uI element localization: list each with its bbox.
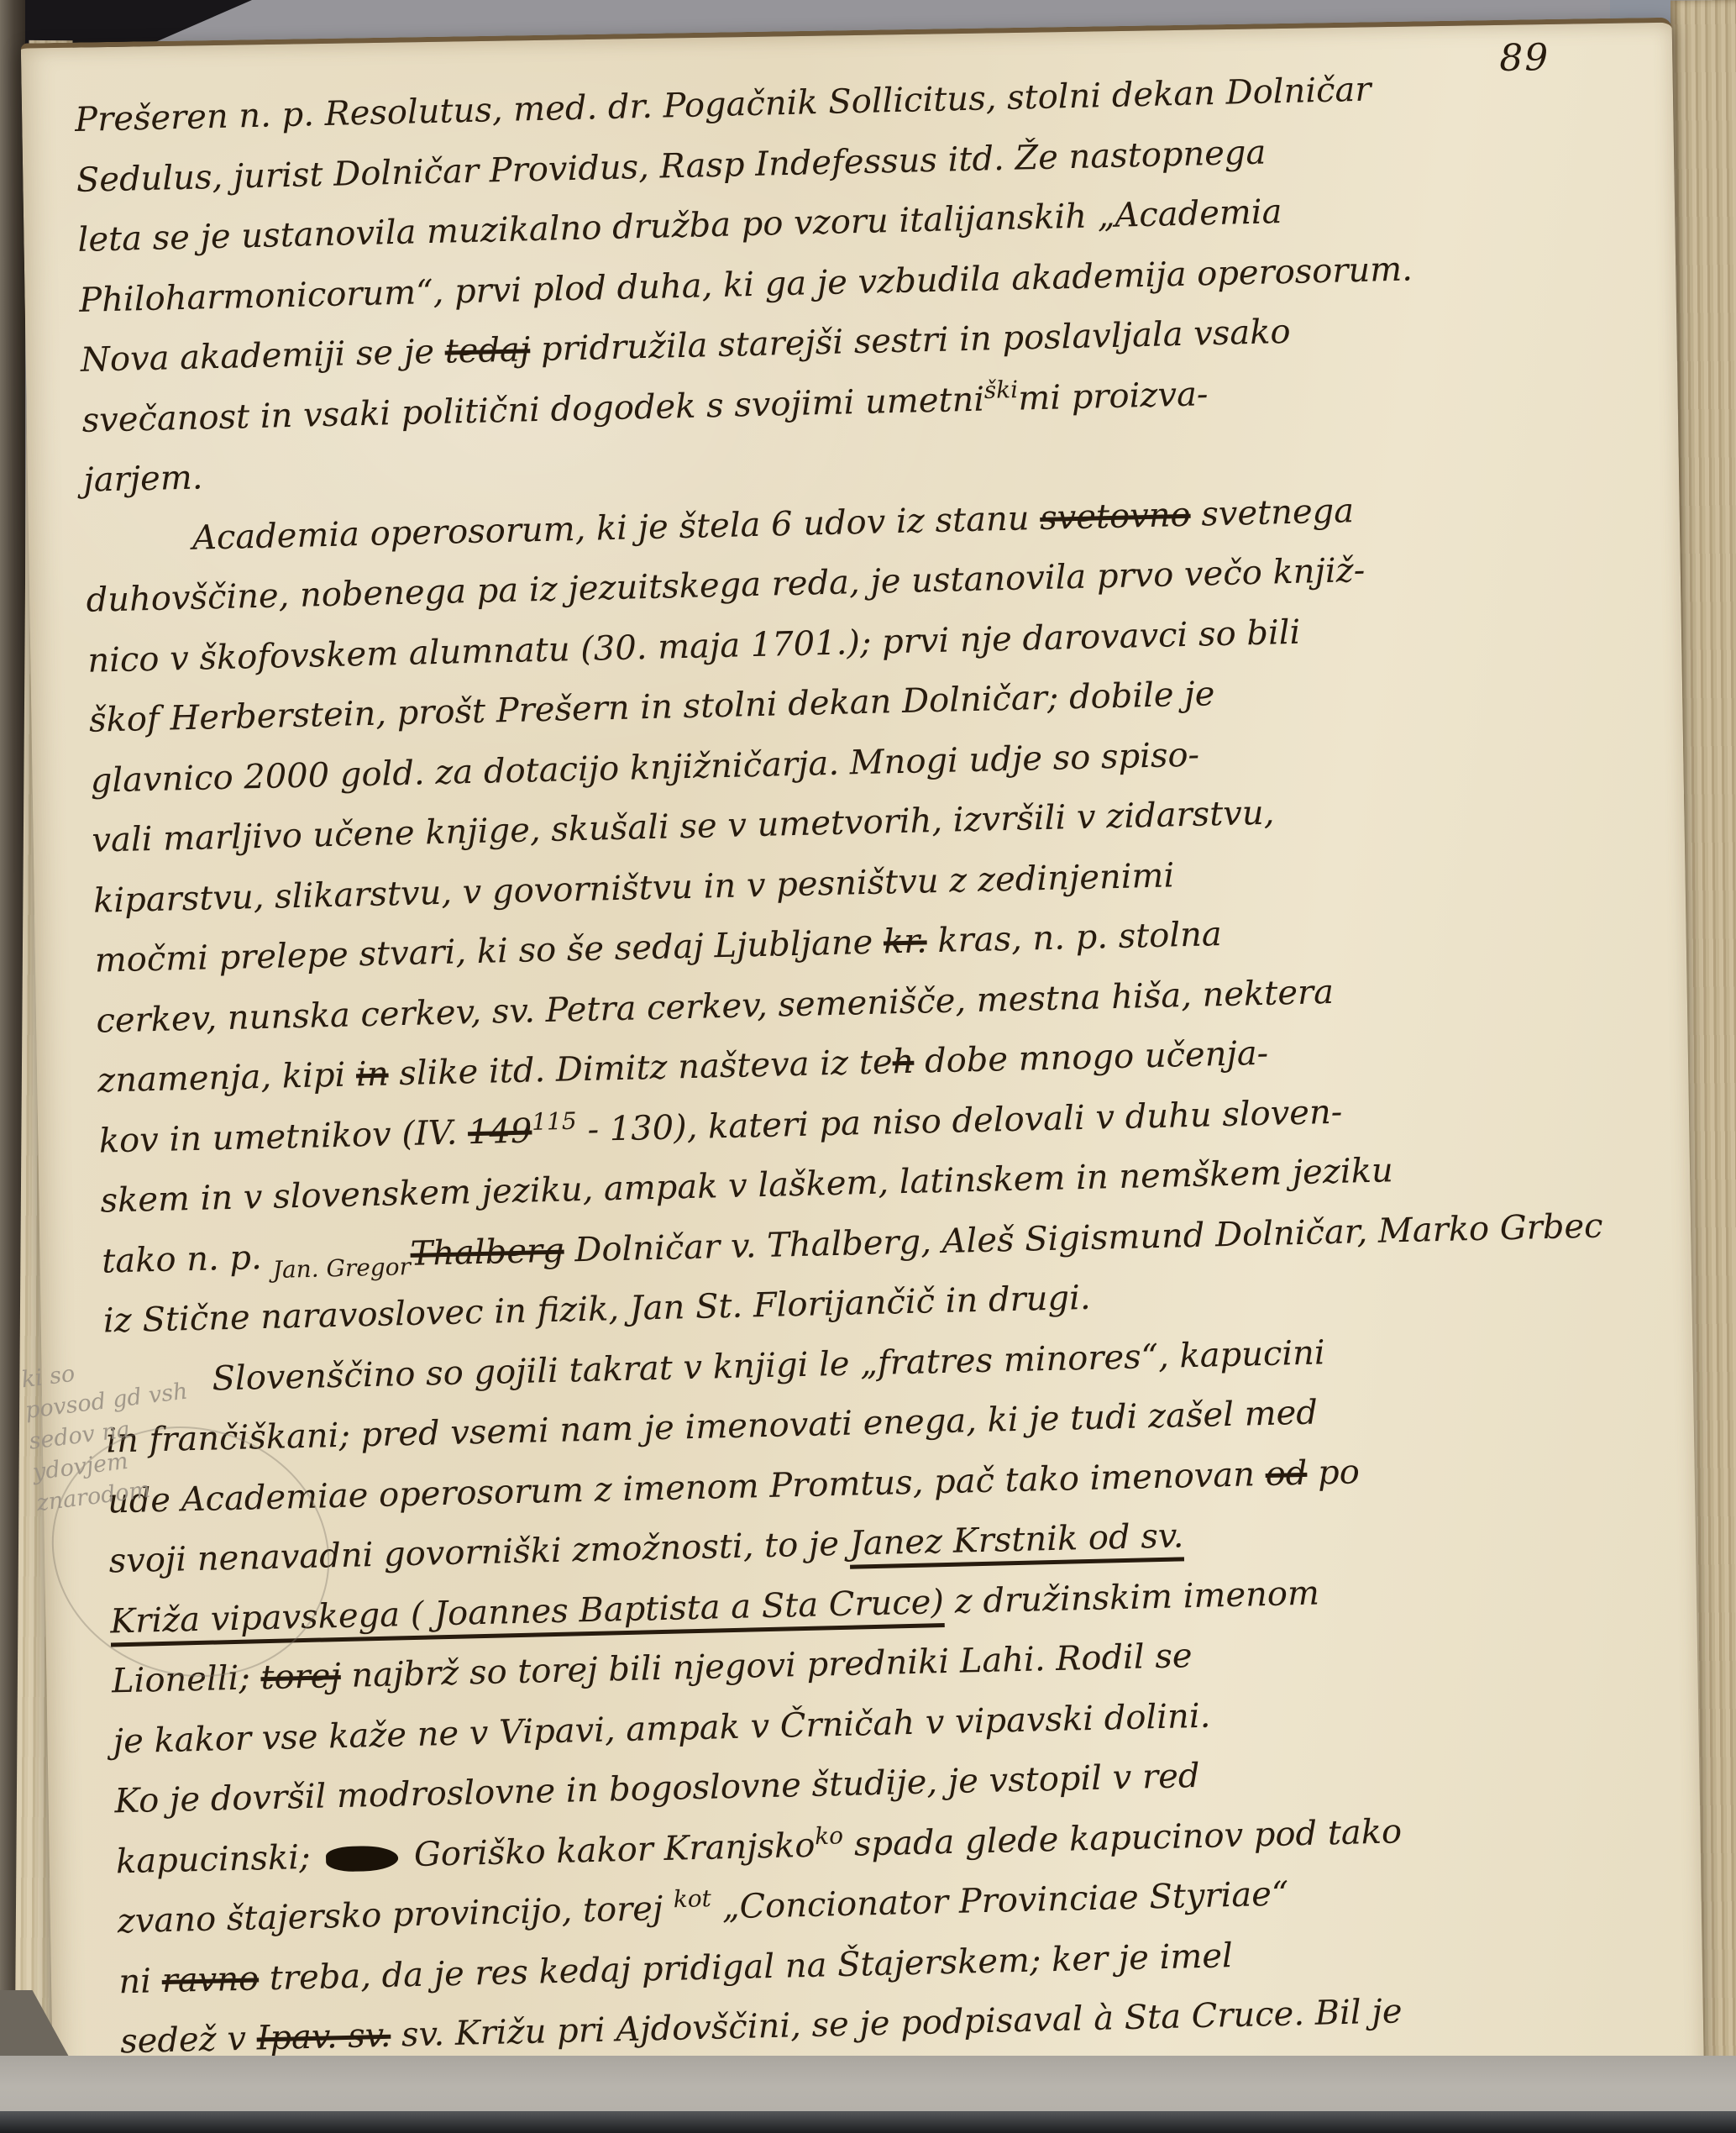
text-segment: Goriško kakor Kranjsko [403, 1826, 816, 1874]
text-segment: torej [260, 1657, 341, 1697]
text-segment: in [355, 1054, 389, 1094]
text-segment: tedaj [444, 330, 531, 370]
text-segment: Jan. Gregor [272, 1237, 412, 1300]
text-segment: 149 [467, 1111, 532, 1152]
text-segment: - 130), kateri pa niso delovali v duhu s… [576, 1092, 1342, 1148]
text-segment: znamenja, kipi [97, 1055, 357, 1100]
text-segment: Nova akademiji se je [80, 333, 445, 380]
photo-background: { "colors": { "ink": "#271b0e", "paper":… [0, 0, 1736, 2133]
margin-pencil-note: ki sopovsod gd vshsedov naydovjemznarodo… [19, 1345, 201, 1519]
text-segment: slike itd. Dimitz našteva iz te [388, 1043, 893, 1093]
text-segment: Thalberg [410, 1231, 564, 1273]
text-segment: ški [983, 360, 1019, 420]
text-segment: 115 [531, 1090, 577, 1152]
text-segment: treba, da je res kedaj pridigal na Štaje… [259, 1936, 1234, 1998]
text-segment: ravno [161, 1959, 259, 2000]
text-segment: sedež v [120, 2019, 258, 2061]
text-segment: kov in umetnikov (IV. [98, 1113, 468, 1160]
text-segment: mi proizva- [1018, 375, 1209, 418]
text-segment: „Concionator Provinciae Styriae“ [711, 1875, 1289, 1927]
text-segment: zvano štajersko provincijo, torej [117, 1889, 674, 1941]
text-segment: iz Stične naravoslovec in fizik, Jan St.… [102, 1279, 1091, 1341]
manuscript-lines: Prešeren n. p. Resolutus, med. dr. Pogač… [74, 54, 1687, 2073]
text-segment: svetnega [1190, 491, 1355, 534]
ink-blot [326, 1845, 399, 1872]
text-segment: kot [673, 1868, 712, 1930]
text-segment: tako n. p. [102, 1237, 273, 1280]
text-segment: Academia operosorum, ki je štela 6 udov … [191, 499, 1040, 558]
text-segment: kapucinski; [116, 1837, 322, 1881]
text-segment: h [892, 1043, 915, 1082]
text-segment: spada glede kapucinov pod tako [843, 1812, 1403, 1864]
manuscript-page: 89 Prešeren n. p. Resolutus, med. dr. Po… [21, 18, 1704, 2114]
text-segment: sv. Križu pri Ajdovščini, se je podpisav… [391, 1992, 1403, 2054]
text-segment: kras, n. p. stolna [926, 915, 1222, 960]
text-segment: ko [814, 1805, 844, 1866]
text-segment: svetovno [1040, 495, 1191, 537]
text-segment: Janez Krstnik od sv. [849, 1516, 1184, 1568]
text-segment: z družinskim imenom [943, 1573, 1319, 1621]
text-segment: dobe mnogo učenja- [914, 1034, 1269, 1081]
text-segment: jarjem. [83, 458, 203, 499]
text-segment: po [1307, 1453, 1360, 1492]
text-segment: močmi prelepe stvari, ki so še sedaj Lju… [94, 923, 884, 980]
floor-dark-band [0, 2111, 1736, 2133]
text-segment: od [1265, 1453, 1308, 1493]
text-segment: pridružila starejši sestri in poslavljal… [530, 313, 1291, 369]
text-segment: svečanost in vsaki politični dogodek s s… [81, 380, 984, 439]
text-segment: ni [118, 1962, 162, 2001]
text-segment: Ipav. sv. [256, 2016, 391, 2058]
text-segment: najbrž so torej bili njegovi predniki La… [340, 1637, 1193, 1695]
text-segment: kr. [883, 922, 927, 961]
